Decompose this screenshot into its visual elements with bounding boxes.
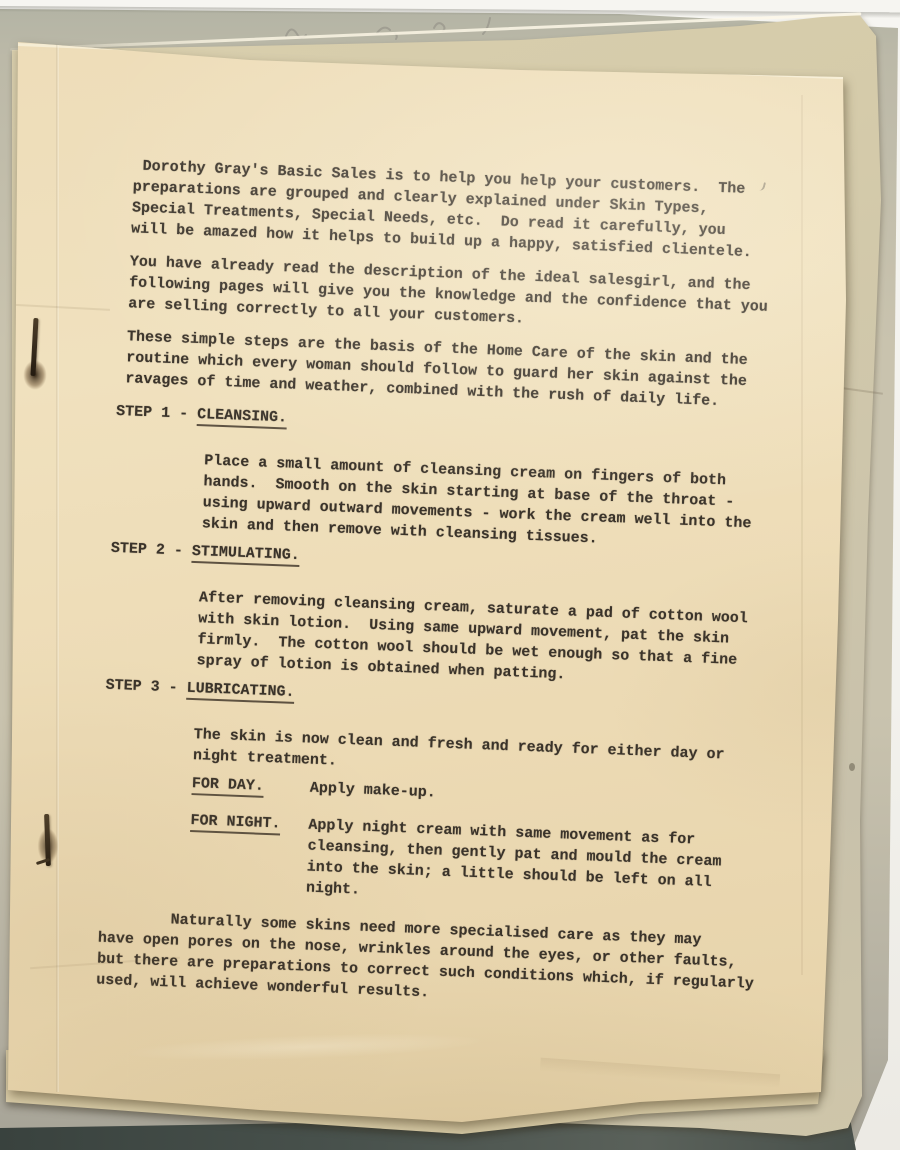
document-page: Dorothy Gray's Basic Sales is to help yo… [0,0,900,1150]
for-night-label-cell: FOR NIGHT. [190,810,309,836]
page-wrinkle-shadow [540,1058,780,1089]
step-1-label: STEP 1 - [116,403,198,423]
for-day-text: Apply make-up. [309,778,436,804]
page-horizontal-crease [0,303,110,311]
step-2-label: STEP 2 - [111,540,193,560]
page-wrinkle [90,1023,521,1072]
for-night-text: Apply night cream with same movement as … [306,815,723,915]
step-3-title: LUBRICATING. [186,680,295,704]
page-vertical-crease [56,42,59,1092]
for-day-label: FOR DAY. [191,775,264,798]
typewritten-text: Dorothy Gray's Basic Sales is to help yo… [91,155,823,1029]
step-3-label: STEP 3 - [105,677,187,697]
document-page-wrap: Dorothy Gray's Basic Sales is to help yo… [0,0,900,1150]
for-night-label: FOR NIGHT. [190,812,281,835]
paragraph-salesgirl: You have already read the description of… [118,251,820,341]
paragraph-closing: Naturally some skins need more specialis… [92,906,795,1017]
paragraph-home-care: These simple steps are the basis of the … [115,326,817,416]
page-top-edge-highlight [16,43,843,79]
paragraph-intro: Dorothy Gray's Basic Sales is to help yo… [121,155,824,266]
step-2-title: STIMULATING. [191,543,300,567]
for-night-row: FOR NIGHT. Apply night cream with same m… [96,807,799,918]
scanned-document: { "document": { "intro_paragraphs": [ " … [0,0,900,1150]
step-1-title: CLEANSING. [197,406,288,429]
rusty-staple-top-icon [20,318,50,394]
for-day-label-cell: FOR DAY. [192,773,311,799]
rusty-staple-bottom-icon [34,810,62,878]
